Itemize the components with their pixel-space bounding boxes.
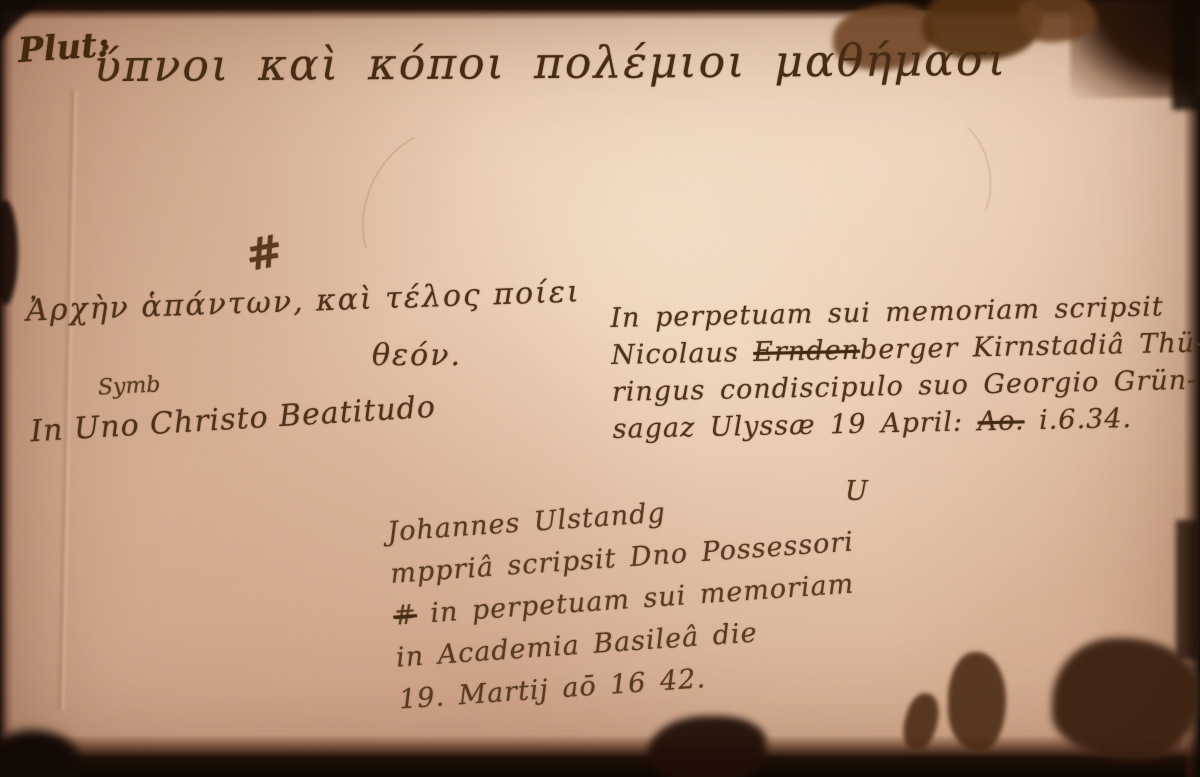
crossed-out-word: Ao.: [977, 405, 1025, 437]
ink-blot: [0, 200, 18, 305]
ink-stain: [1052, 638, 1200, 760]
greek-motto-middle-line1: Ἀρχὴν ἁπάντων, καὶ τέλος ποίει: [26, 274, 582, 328]
ink-blot: [648, 716, 766, 777]
dedication-1634-line4-pre: sagaz Ulyssæ 19 April:: [612, 406, 978, 445]
crossed-out-mark: #: [392, 599, 418, 632]
dedication-1634: In perpetuam sui memoriam scripsit Nicol…: [610, 288, 1200, 448]
hash-mark: #: [242, 225, 287, 282]
greek-motto-middle-line2: θεόν.: [372, 338, 462, 373]
dedication-1634-line2-pre: Nicolaus: [611, 337, 754, 371]
ink-blot: [948, 652, 1006, 752]
latin-motto: In Uno Christo Beatitudo: [29, 390, 437, 450]
dedication-1642: Johannes Ulstandg mppriâ scripsit Dno Po…: [386, 480, 864, 722]
crossed-out-word: Ernden: [753, 335, 860, 368]
manuscript-flyleaf-photo: Plut: ὕπνοι καὶ κόποι πολέμιοι μαθήμασι …: [0, 0, 1200, 777]
symb-abbreviation: Symb: [97, 372, 161, 400]
greek-motto-top: ὕπνοι καὶ κόποι πολέμιοι μαθήμασι: [94, 35, 1008, 92]
dedication-1634-line2-post: berger Kirnstadiâ Thü-: [860, 328, 1200, 366]
parchment-crease: [56, 90, 79, 710]
right-edge-dark-patch: [1172, 0, 1200, 110]
left-binding-edge: [0, 0, 14, 777]
bottom-binding-edge: [0, 735, 1200, 777]
right-edge-dark-patch: [1176, 520, 1200, 660]
ink-stain: [1018, 0, 1096, 42]
dedication-1634-line4-post: i.6.34.: [1024, 403, 1132, 436]
hair-scratch: [907, 112, 1001, 237]
